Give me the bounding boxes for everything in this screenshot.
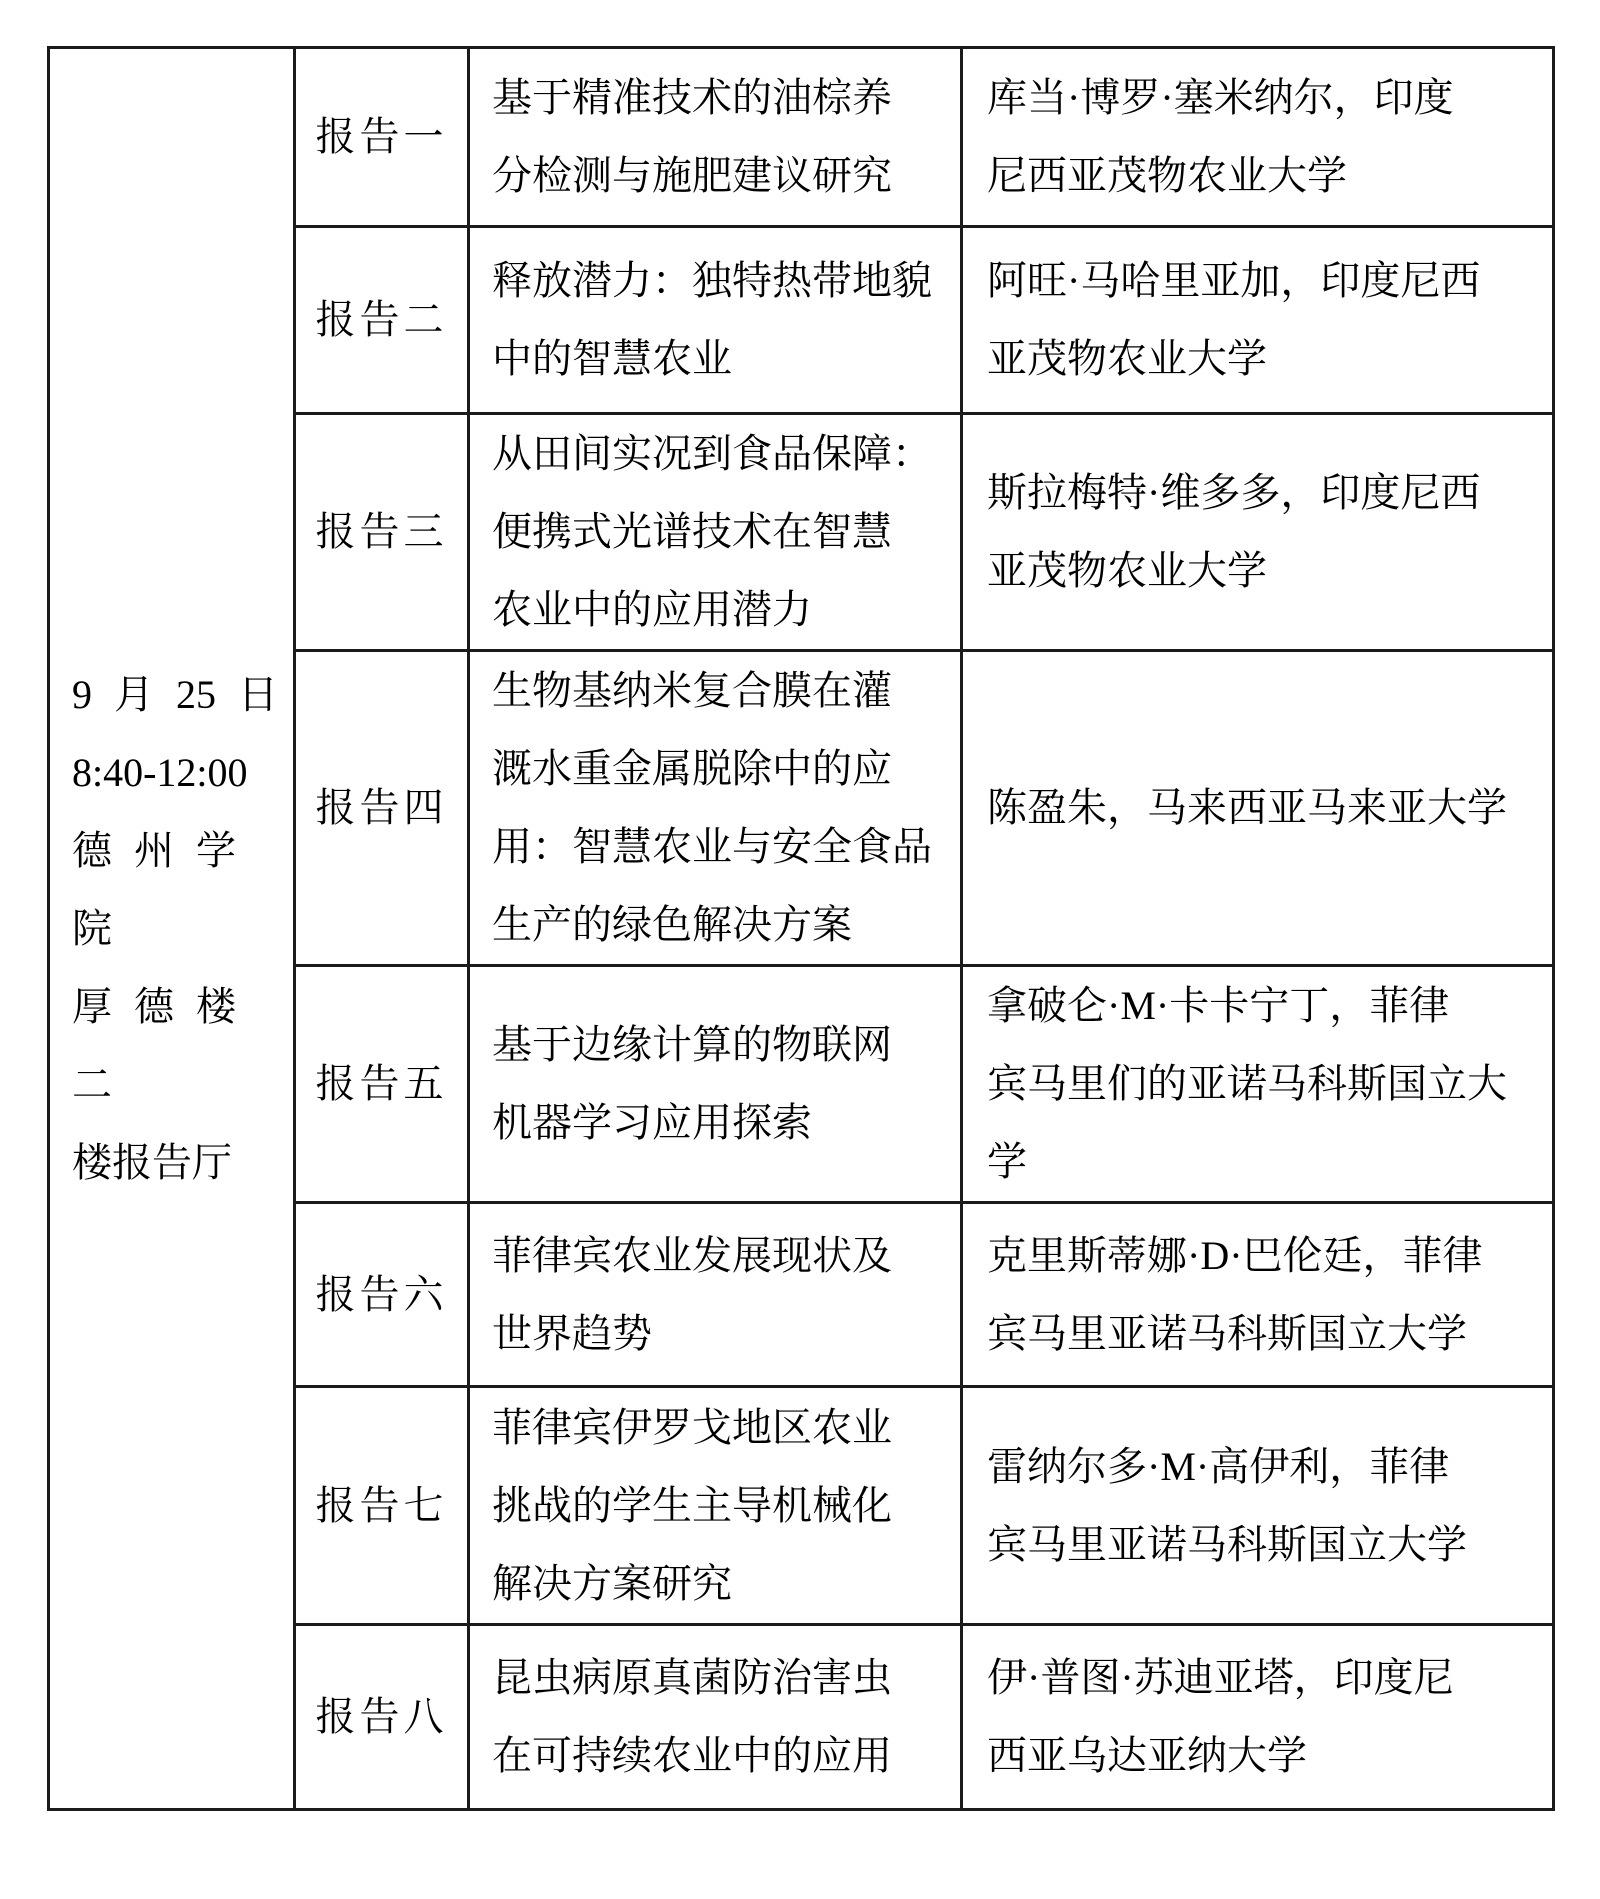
report-number: 报告七 bbox=[295, 1387, 469, 1625]
report-speaker: 克里斯蒂娜·D·巴伦廷，菲律 宾马里亚诺马科斯国立大学 bbox=[962, 1203, 1554, 1387]
report-number: 报告六 bbox=[295, 1203, 469, 1387]
report-title: 菲律宾伊罗戈地区农业 挑战的学生主导机械化 解决方案研究 bbox=[469, 1387, 962, 1625]
report-title: 菲律宾农业发展现状及 世界趋势 bbox=[469, 1203, 962, 1387]
report-title: 从田间实况到食品保障： 便携式光谱技术在智慧 农业中的应用潜力 bbox=[469, 414, 962, 651]
report-title: 生物基纳米复合膜在灌 溉水重金属脱除中的应 用：智慧农业与安全食品 生产的绿色解… bbox=[469, 651, 962, 966]
report-number: 报告五 bbox=[295, 966, 469, 1203]
report-speaker: 阿旺·马哈里亚加，印度尼西 亚茂物农业大学 bbox=[962, 227, 1554, 414]
report-speaker: 斯拉梅特·维多多，印度尼西 亚茂物农业大学 bbox=[962, 414, 1554, 651]
report-speaker: 陈盈朱，马来西亚马来亚大学 bbox=[962, 651, 1554, 966]
report-title: 基于精准技术的油棕养 分检测与施肥建议研究 bbox=[469, 48, 962, 227]
report-number: 报告四 bbox=[295, 651, 469, 966]
report-number: 报告二 bbox=[295, 227, 469, 414]
report-speaker: 雷纳尔多·M·高伊利，菲律 宾马里亚诺马科斯国立大学 bbox=[962, 1387, 1554, 1625]
session-datetime-location: 9 月 25 日 8:40-12:00 德 州 学 院 厚 德 楼 二 楼报告厅 bbox=[49, 48, 295, 1810]
report-number: 报告一 bbox=[295, 48, 469, 227]
report-title: 释放潜力：独特热带地貌 中的智慧农业 bbox=[469, 227, 962, 414]
report-row-1: 9 月 25 日 8:40-12:00 德 州 学 院 厚 德 楼 二 楼报告厅… bbox=[49, 48, 1554, 227]
report-number: 报告三 bbox=[295, 414, 469, 651]
report-title: 基于边缘计算的物联网 机器学习应用探索 bbox=[469, 966, 962, 1203]
report-speaker: 伊·普图·苏迪亚塔，印度尼 西亚乌达亚纳大学 bbox=[962, 1625, 1554, 1810]
report-speaker: 拿破仑·M·卡卡宁丁，菲律 宾马里们的亚诺马科斯国立大 学 bbox=[962, 966, 1554, 1203]
report-title: 昆虫病原真菌防治害虫 在可持续农业中的应用 bbox=[469, 1625, 962, 1810]
report-speaker: 库当·博罗·塞米纳尔，印度 尼西亚茂物农业大学 bbox=[962, 48, 1554, 227]
conference-schedule-table: 9 月 25 日 8:40-12:00 德 州 学 院 厚 德 楼 二 楼报告厅… bbox=[47, 46, 1555, 1811]
report-number: 报告八 bbox=[295, 1625, 469, 1810]
